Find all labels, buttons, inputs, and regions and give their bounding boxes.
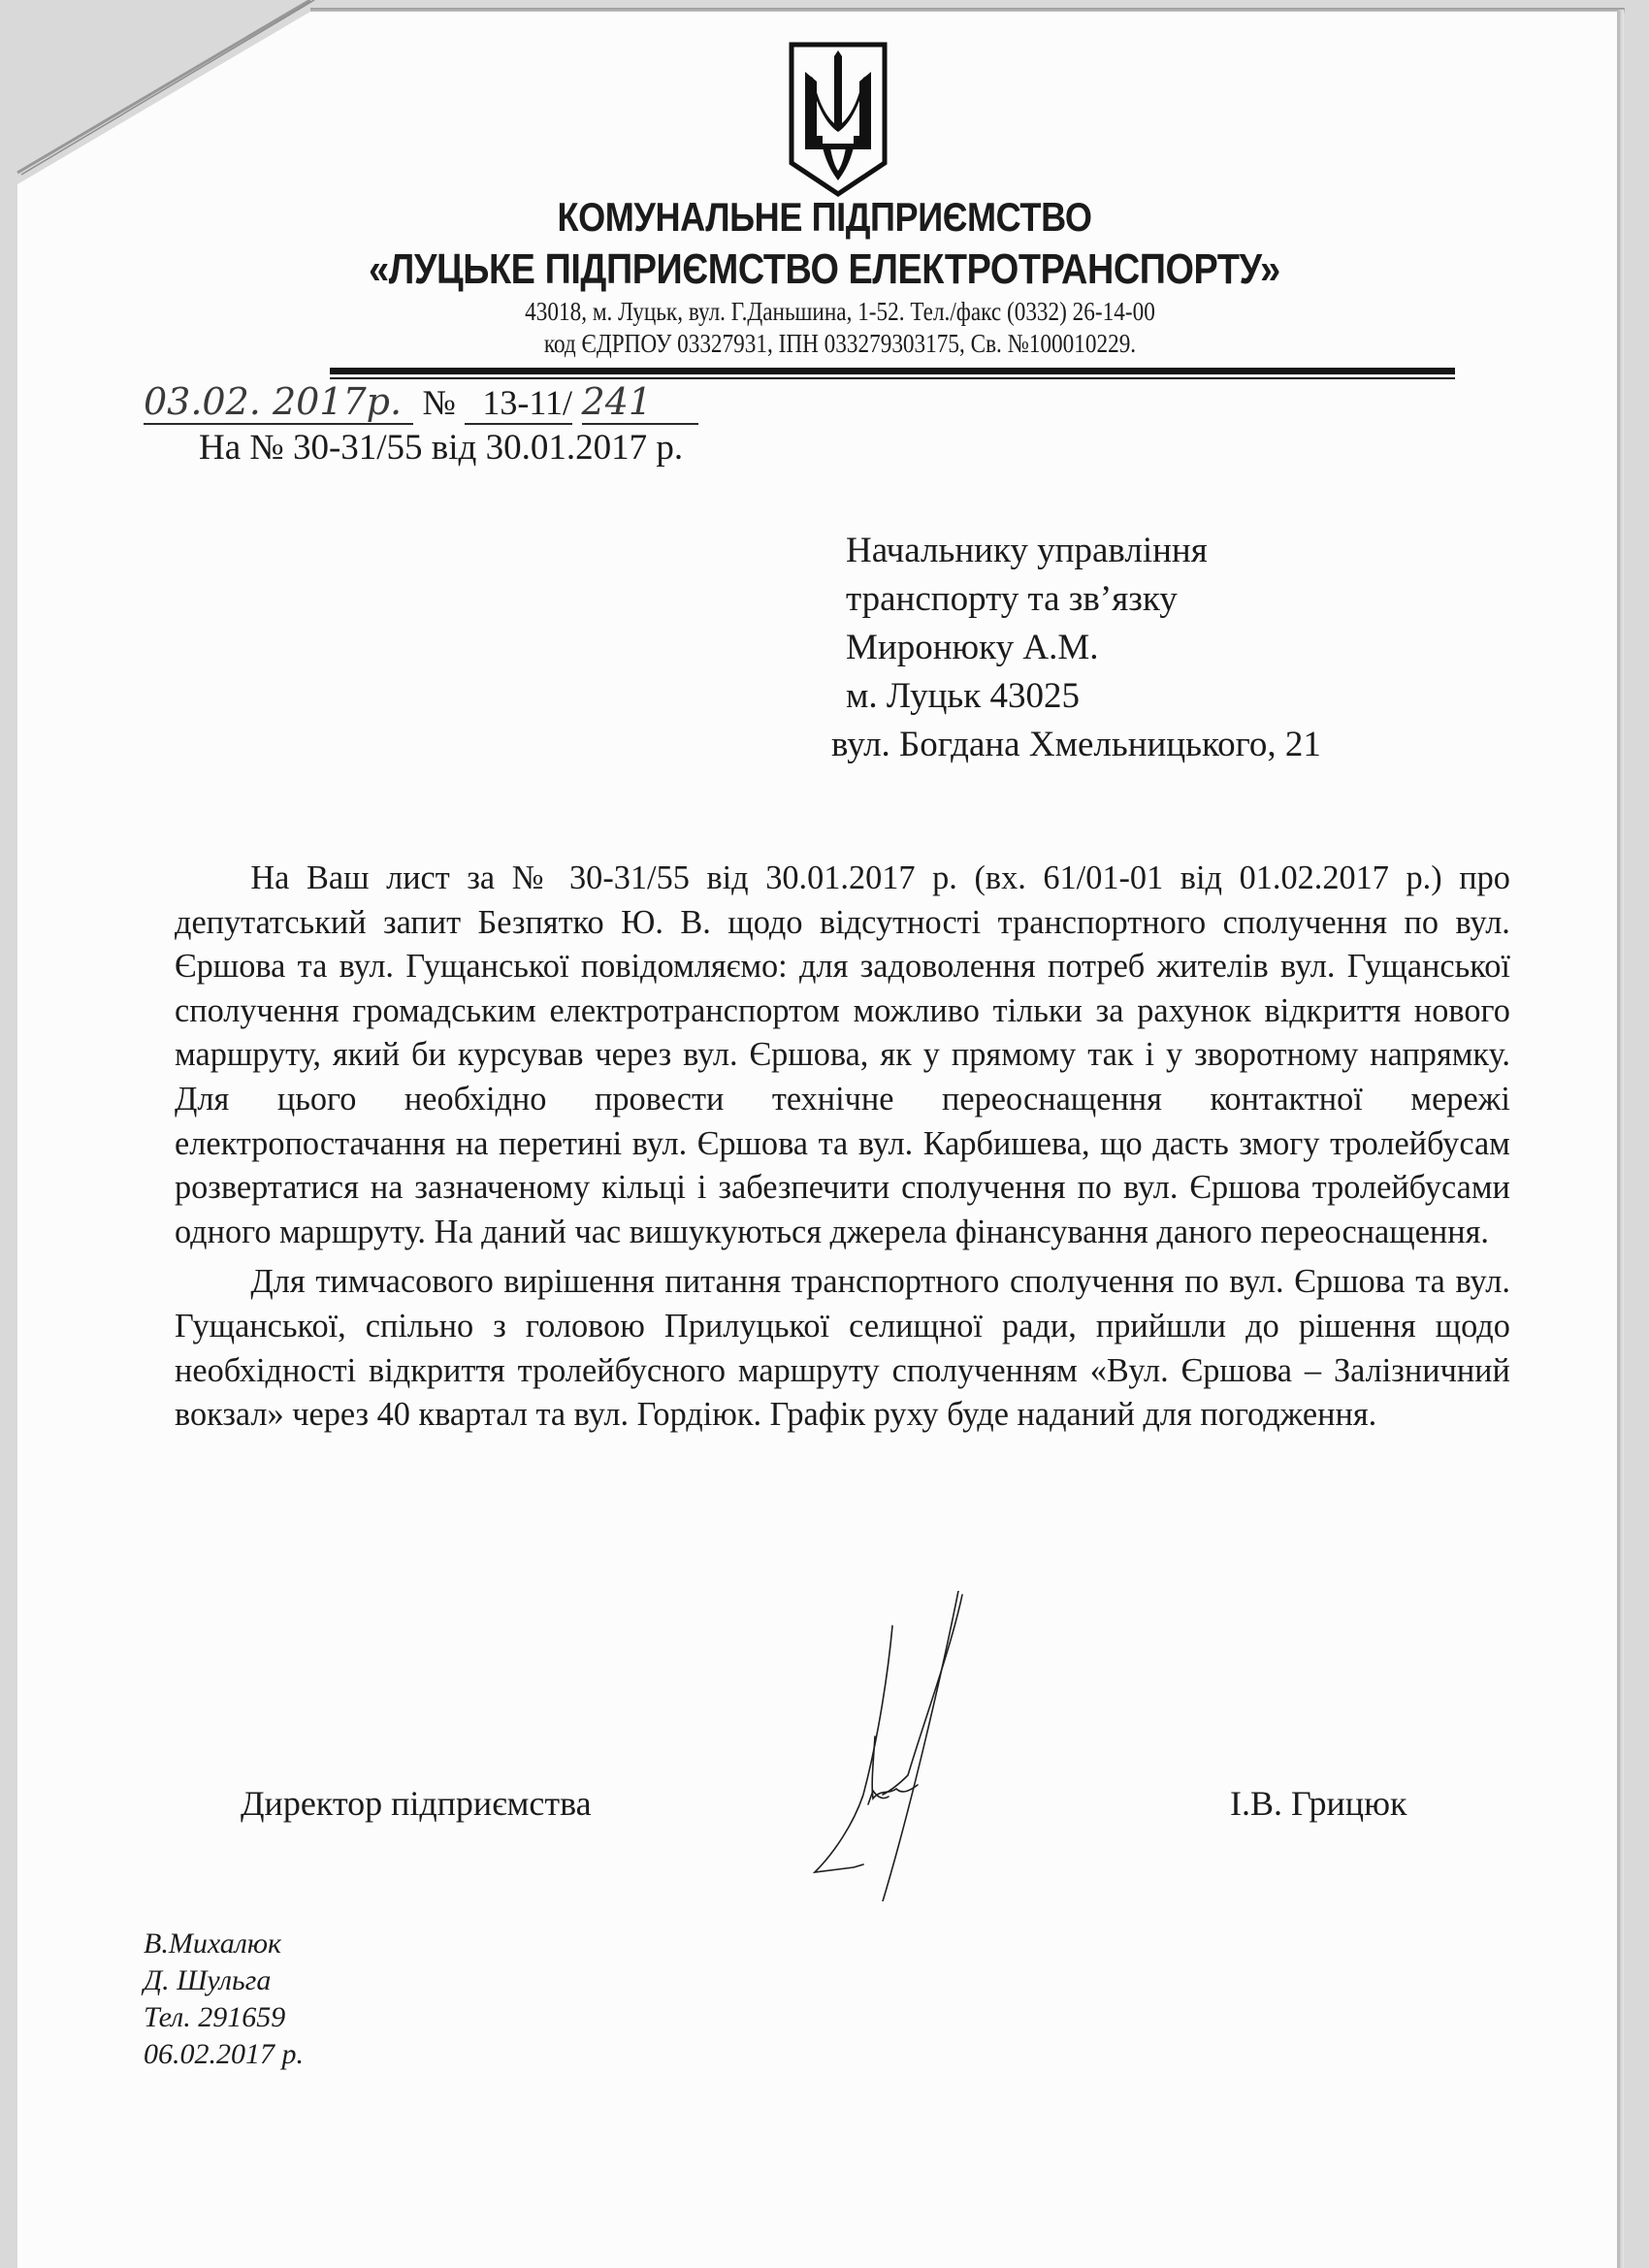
header-rule-thin [330,377,1455,379]
number-sign: № [423,383,456,422]
header-rule-thick [330,368,1455,374]
executor-info: В.Михалюк Д. Шульга Тел. 291659 06.02.20… [144,1926,304,2073]
executor-phone: Тел. 291659 [144,1999,304,2036]
outgoing-reference: 03.02. 2017р. № 13-11/ 241 [144,380,698,425]
signatory-name: І.В. Грицюк [1230,1783,1406,1824]
recipient-line: Миронюку А.М. [846,624,1098,672]
org-name-heading: «ЛУЦЬКЕ ПІДПРИЄМСТВО ЕЛЕКТРОТРАНСПОРТУ» [115,245,1534,294]
outgoing-number-handwritten: 241 [582,380,698,425]
outgoing-date-handwritten: 03.02. 2017р. [144,380,413,425]
handwritten-signature [718,1591,1048,1901]
executor-date: 06.02.2017 р. [144,2036,304,2073]
outgoing-number-prefix: 13-11/ [465,382,572,425]
executor-name: В.Михалюк [144,1926,304,1962]
org-type-heading: КОМУНАЛЬНЕ ПІДПРИЄМСТВО [115,194,1534,241]
recipient-line: вул. Богдана Хмельницького, 21 [831,721,1321,769]
body-paragraph: Для тимчасового вирішення питання трансп… [175,1259,1510,1436]
tryzub-coat-of-arms-icon [784,39,892,198]
reply-to-reference: На № 30-31/55 від 30.01.2017 р. [199,427,683,469]
recipient-line: Начальнику управління [846,527,1208,575]
body-paragraph: На Ваш лист за № 30-31/55 від 30.01.2017… [175,856,1510,1253]
org-registration-codes: код ЄДРПОУ 03327931, ІПН 033279303175, С… [117,329,1563,359]
recipient-line: м. Луцьк 43025 [846,672,1080,721]
org-address: 43018, м. Луцьк, вул. Г.Даньшина, 1-52. … [117,297,1563,327]
executor-name: Д. Шульга [144,1962,304,1999]
signatory-position: Директор підприємства [241,1783,592,1824]
recipient-line: транспорту та зв’язку [846,575,1178,624]
letter-body: На Ваш лист за № 30-31/55 від 30.01.2017… [175,856,1510,1437]
